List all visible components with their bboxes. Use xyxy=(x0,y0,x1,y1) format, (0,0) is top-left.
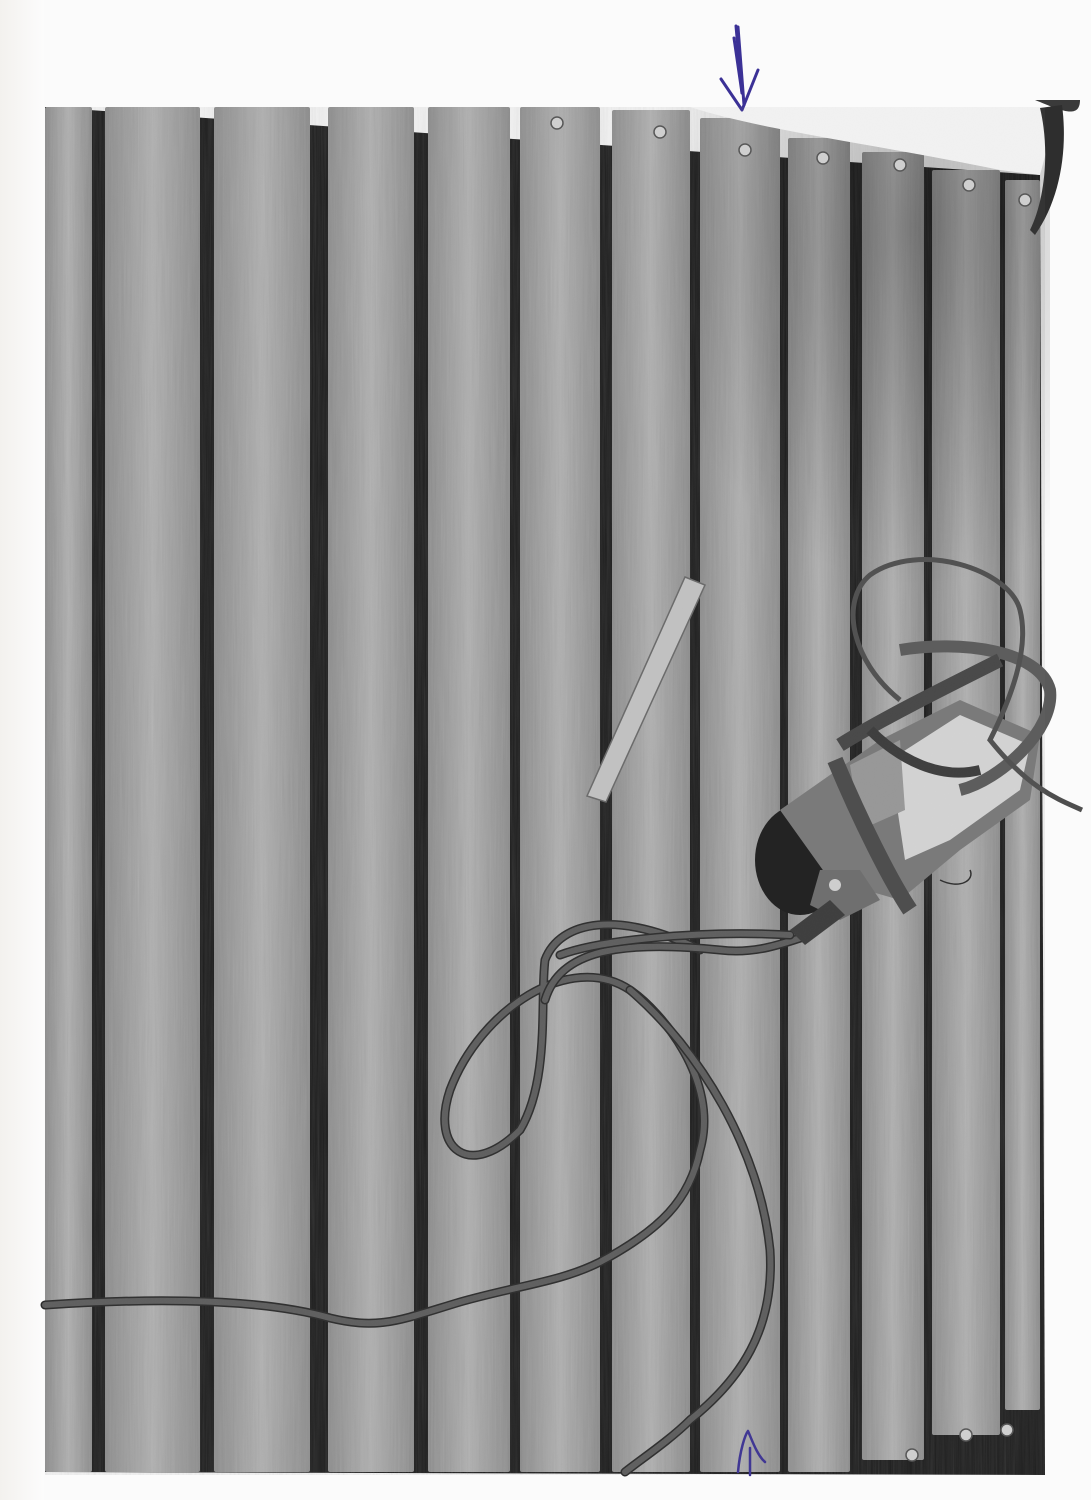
pen-arrow-top xyxy=(721,26,758,110)
deck-photo xyxy=(0,0,1091,1500)
scan-noise xyxy=(45,107,1045,1475)
